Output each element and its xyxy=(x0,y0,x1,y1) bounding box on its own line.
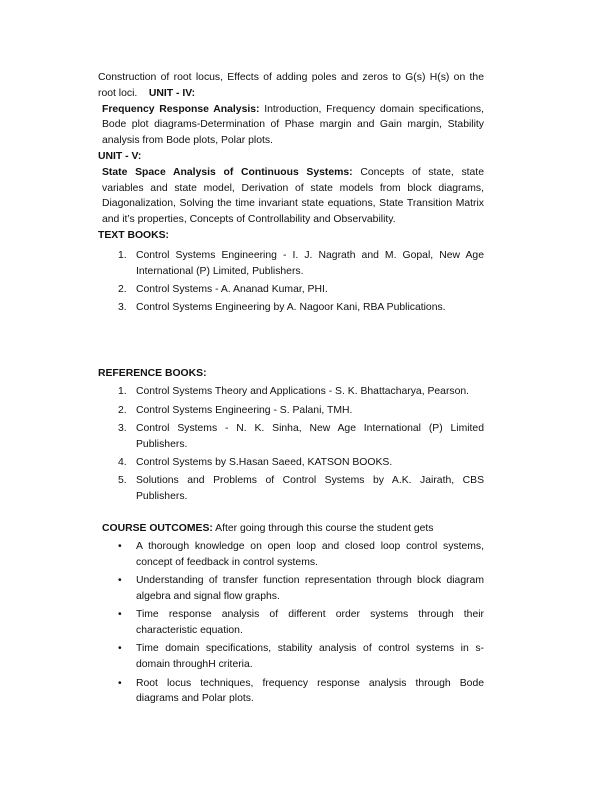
list-item: 3.Control Systems - N. K. Sinha, New Age… xyxy=(98,421,484,453)
list-item: 2.Control Systems Engineering - S. Palan… xyxy=(98,403,484,419)
course-outcomes-list: •A thorough knowledge on open loop and c… xyxy=(98,539,484,707)
list-item: 2.Control Systems - A. Ananad Kumar, PHI… xyxy=(98,282,484,298)
bullet-icon: • xyxy=(118,539,122,555)
course-outcomes-intro: COURSE OUTCOMES: After going through thi… xyxy=(98,521,484,537)
unit-iv-section: Frequency Response Analysis: Introductio… xyxy=(98,102,484,149)
unit-v-topic: State Space Analysis of Continuous Syste… xyxy=(102,167,353,178)
text-books-heading: TEXT BOOKS: xyxy=(98,228,484,244)
unit-iii-tail: Construction of root locus, Effects of a… xyxy=(98,70,484,102)
course-outcomes-heading: COURSE OUTCOMES: xyxy=(102,523,213,534)
list-item: •A thorough knowledge on open loop and c… xyxy=(98,539,484,571)
list-item: 1.Control Systems Theory and Application… xyxy=(98,384,484,400)
bullet-icon: • xyxy=(118,676,122,692)
list-item: 4.Control Systems by S.Hasan Saeed, KATS… xyxy=(98,455,484,471)
unit-iv-label: UNIT - IV: xyxy=(149,88,195,99)
list-item: •Root locus techniques, frequency respon… xyxy=(98,676,484,708)
reference-books-heading: REFERENCE BOOKS: xyxy=(98,366,484,382)
list-item: •Time domain specifications, stability a… xyxy=(98,641,484,673)
reference-books-list: 1.Control Systems Theory and Application… xyxy=(98,384,484,505)
list-item: •Understanding of transfer function repr… xyxy=(98,573,484,605)
bullet-icon: • xyxy=(118,607,122,623)
unit-v-section: State Space Analysis of Continuous Syste… xyxy=(98,165,484,228)
list-item: 5.Solutions and Problems of Control Syst… xyxy=(98,473,484,505)
list-item: 1.Control Systems Engineering - I. J. Na… xyxy=(98,248,484,280)
bullet-icon: • xyxy=(118,573,122,589)
unit-v-label: UNIT - V: xyxy=(98,149,484,165)
syllabus-page: Construction of root locus, Effects of a… xyxy=(98,70,484,710)
list-item: •Time response analysis of different ord… xyxy=(98,607,484,639)
text-books-list: 1.Control Systems Engineering - I. J. Na… xyxy=(98,248,484,316)
unit-iv-topic: Frequency Response Analysis: xyxy=(102,104,259,115)
bullet-icon: • xyxy=(118,641,122,657)
list-item: 3.Control Systems Engineering by A. Nago… xyxy=(98,300,484,316)
